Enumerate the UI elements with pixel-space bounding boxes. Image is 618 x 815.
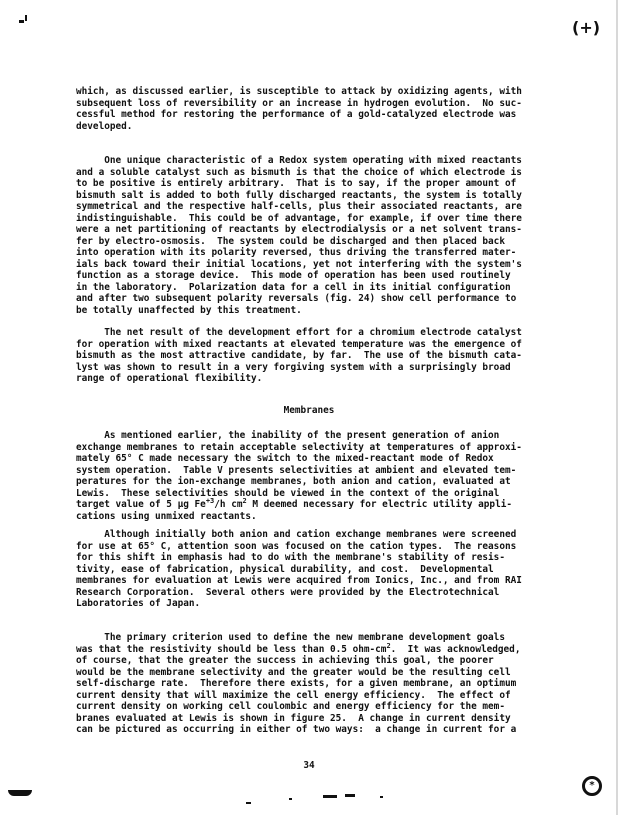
text-line: bismuth as the most attractive candidate… — [76, 350, 546, 362]
page-mark-bottom: * — [582, 776, 602, 796]
scan-artifact — [380, 796, 383, 798]
paragraph: which, as discussed earlier, is suscepti… — [76, 86, 546, 132]
text-line: can be pictured as occurring in either o… — [76, 724, 546, 736]
text-line: Although initially both anion and cation… — [76, 529, 546, 541]
text-line: and after two subsequent polarity revers… — [76, 293, 546, 305]
text-line: The primary criterion used to define the… — [76, 632, 546, 644]
text-line: self-discharge rate. Therefore there exi… — [76, 678, 546, 690]
text-line: be totally unaffected by this treatment. — [76, 305, 546, 317]
text-line: subsequent loss of reversibility or an i… — [76, 98, 546, 110]
text-line: ials back toward their initial locations… — [76, 259, 546, 271]
text-line: peratures for the ion-exchange membranes… — [76, 476, 546, 488]
text-line: in the laboratory. Polarization data for… — [76, 282, 546, 294]
text-line: current density on working cell coulombi… — [76, 701, 546, 713]
text-line: target value of 5 μg Fe+3/h cm2 M deemed… — [76, 499, 546, 511]
text-line: for this shift in emphasis had to do wit… — [76, 552, 546, 564]
text-line: Laboratories of Japan. — [76, 598, 546, 610]
text-line: lyst was shown to result in a very forgi… — [76, 362, 546, 374]
document-page: (+) * which, as discussed earlier, is su… — [0, 0, 618, 815]
scan-artifact — [19, 20, 24, 23]
paragraph: Although initially both anion and cation… — [76, 529, 546, 610]
page-number: 34 — [0, 760, 618, 771]
text-line: cessful method for restoring the perform… — [76, 109, 546, 121]
paragraph: The primary criterion used to define the… — [76, 632, 546, 736]
text-line: indistinguishable. This could be of adva… — [76, 213, 546, 225]
text-line: exchange membranes to retain acceptable … — [76, 442, 546, 454]
text-line: would be the membrane selectivity and th… — [76, 667, 546, 679]
text-line: of course, that the greater the success … — [76, 655, 546, 667]
scan-artifact — [345, 794, 355, 797]
section-heading: Membranes — [0, 405, 618, 416]
text-line: into operation with its polarity reverse… — [76, 247, 546, 259]
text-line: for use at 65° C, attention soon was foc… — [76, 541, 546, 553]
paragraph: The net result of the development effort… — [76, 327, 546, 385]
text-line: to be positive is entirely arbitrary. Th… — [76, 178, 546, 190]
text-line: membranes for evaluation at Lewis were a… — [76, 575, 546, 587]
scan-artifact — [289, 798, 292, 800]
text-line: which, as discussed earlier, is suscepti… — [76, 86, 546, 98]
text-line: One unique characteristic of a Redox sys… — [76, 155, 546, 167]
text-line: for operation with mixed reactants at el… — [76, 339, 546, 351]
scan-artifact — [8, 790, 32, 796]
paragraph: One unique characteristic of a Redox sys… — [76, 155, 546, 316]
scan-artifact — [323, 795, 337, 798]
text-line: cations using unmixed reactants. — [76, 511, 546, 523]
page-mark-top: (+) — [572, 18, 594, 40]
text-line: Research Corporation. Several others wer… — [76, 587, 546, 599]
text-line: developed. — [76, 121, 546, 133]
paragraph: As mentioned earlier, the inability of t… — [76, 430, 546, 522]
text-line: Lewis. These selectivities should be vie… — [76, 488, 546, 500]
scan-artifact — [25, 15, 27, 21]
text-line: tivity, ease of fabrication, physical du… — [76, 564, 546, 576]
text-line: function as a storage device. This mode … — [76, 270, 546, 282]
text-line: range of operational flexibility. — [76, 373, 546, 385]
text-line: The net result of the development effort… — [76, 327, 546, 339]
text-line: system operation. Table V presents selec… — [76, 465, 546, 477]
text-line: As mentioned earlier, the inability of t… — [76, 430, 546, 442]
text-line: symmetrical and the respective half-cell… — [76, 201, 546, 213]
text-line: was that the resistivity should be less … — [76, 644, 546, 656]
text-line: branes evaluated at Lewis is shown in fi… — [76, 713, 546, 725]
text-line: were a net partitioning of reactants by … — [76, 224, 546, 236]
text-line: current density that will maximize the c… — [76, 690, 546, 702]
text-line: mately 65° C made necessary the switch t… — [76, 453, 546, 465]
text-line: fer by electro-osmosis. The system could… — [76, 236, 546, 248]
text-line: and a soluble catalyst such as bismuth i… — [76, 167, 546, 179]
scan-artifact — [246, 802, 251, 804]
text-line: bismuth salt is added to both fully disc… — [76, 190, 546, 202]
